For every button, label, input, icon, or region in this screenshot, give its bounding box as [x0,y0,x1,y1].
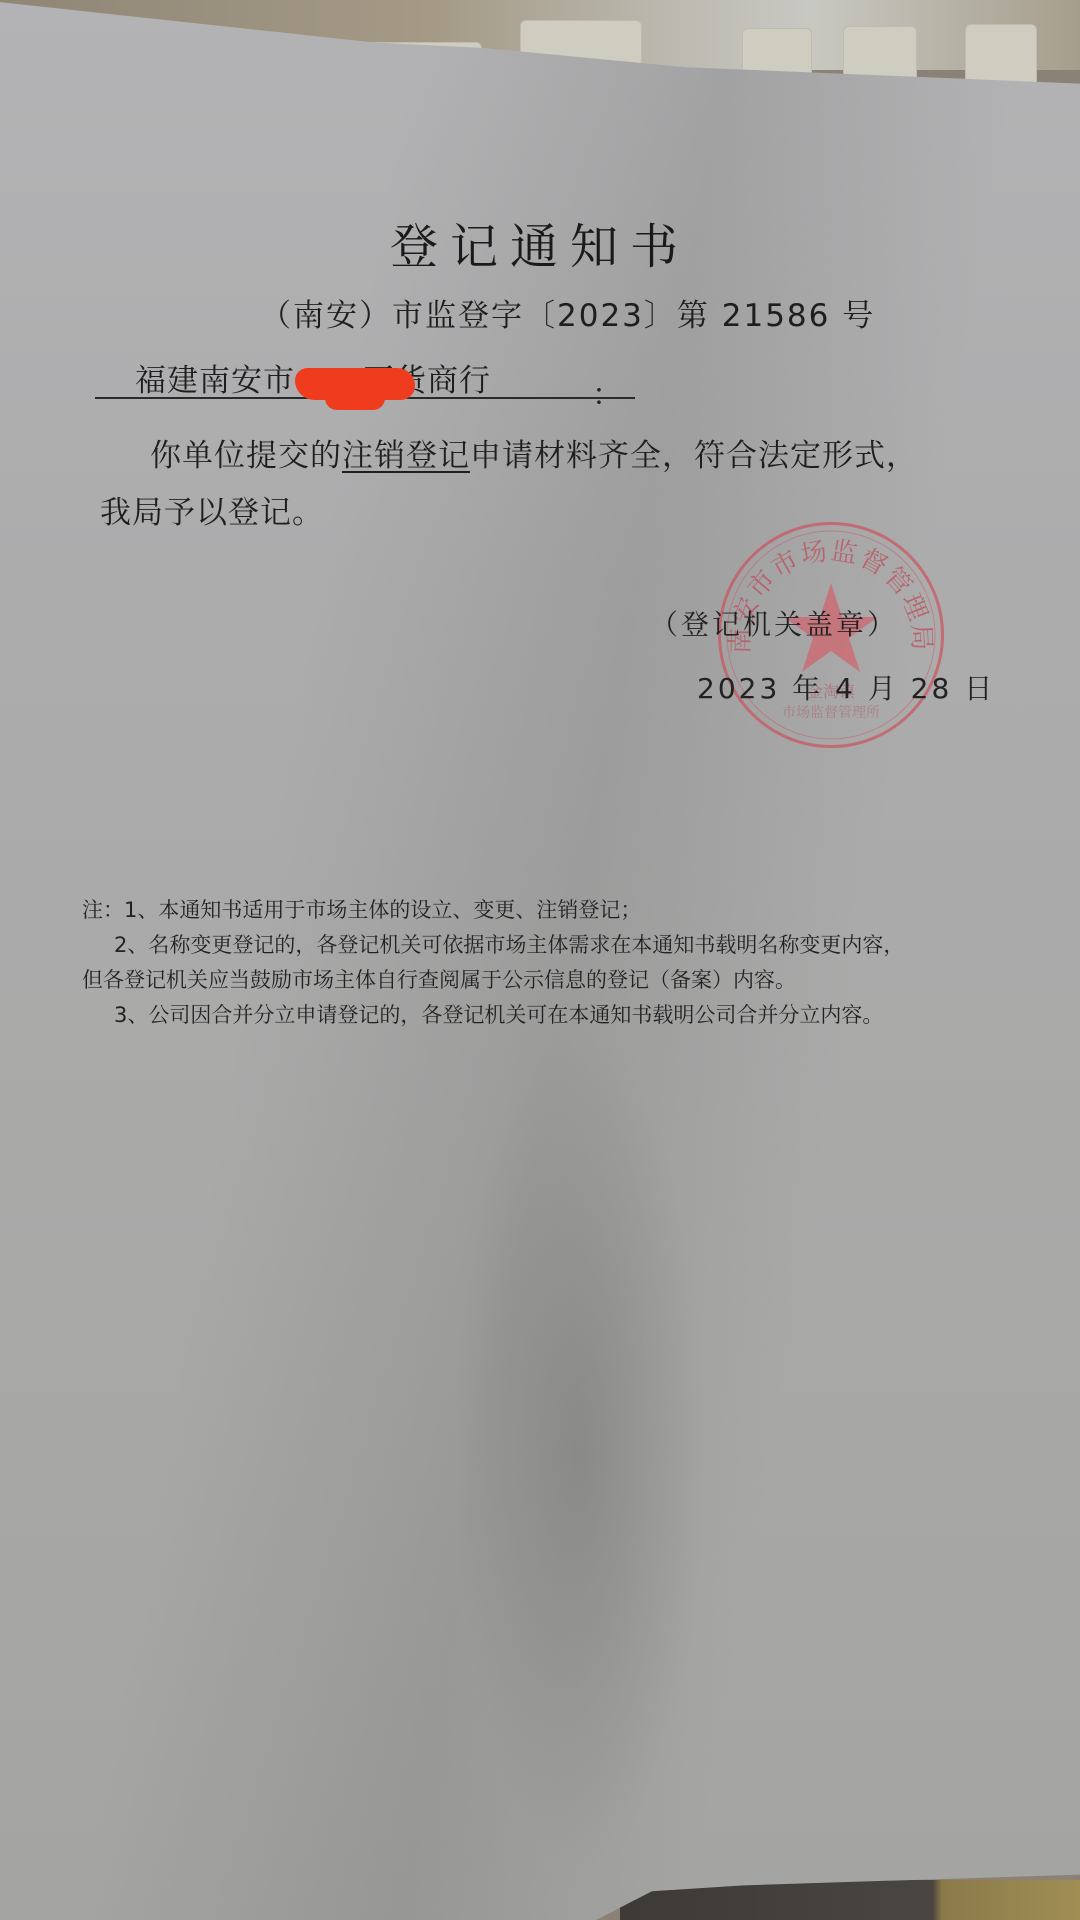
seal-label: （登记机关盖章） [650,603,898,643]
note-3: 3、公司因合并分立申请登记的，各登记机关可在本通知书载明公司合并分立内容。 [82,998,904,1033]
note-2: 2、名称变更登记的，各登记机关可依据市场主体需求在本通知书载明名称变更内容， [82,928,904,963]
registration-notice: 登记通知书 （南安）市监登字〔2023〕第 21586 号 福建南安市百货商行 … [0,0,1080,1920]
recipient-prefix: 福建南安市 [135,363,295,399]
body-line-2: 我局予以登记。 [100,487,324,532]
body-text: 申请材料齐全，符合法定形式， [470,438,918,474]
recipient-colon: ： [592,370,622,414]
issue-date: 2023 年 4 月 28 日 [697,667,995,707]
redaction-mark [325,380,385,410]
document-title: 登记通知书 [0,208,1080,277]
photo: 登记通知书 （南安）市监登字〔2023〕第 21586 号 福建南安市百货商行 … [0,0,1080,1920]
body-line-1: 你单位提交的注销登记申请材料齐全，符合法定形式， [150,430,918,475]
document-number: （南安）市监登字〔2023〕第 21586 号 [260,290,875,335]
notes-section: 注：1、本通知书适用于市场主体的设立、变更、注销登记； 2、名称变更登记的，各登… [82,893,904,1033]
body-text: 你单位提交的 [150,438,342,474]
registration-type: 注销登记 [342,438,470,474]
note-1: 注：1、本通知书适用于市场主体的设立、变更、注销登记； [82,893,904,928]
note-2-continued: 但各登记机关应当鼓励市场主体自行查阅属于公示信息的登记（备案）内容。 [82,963,904,998]
